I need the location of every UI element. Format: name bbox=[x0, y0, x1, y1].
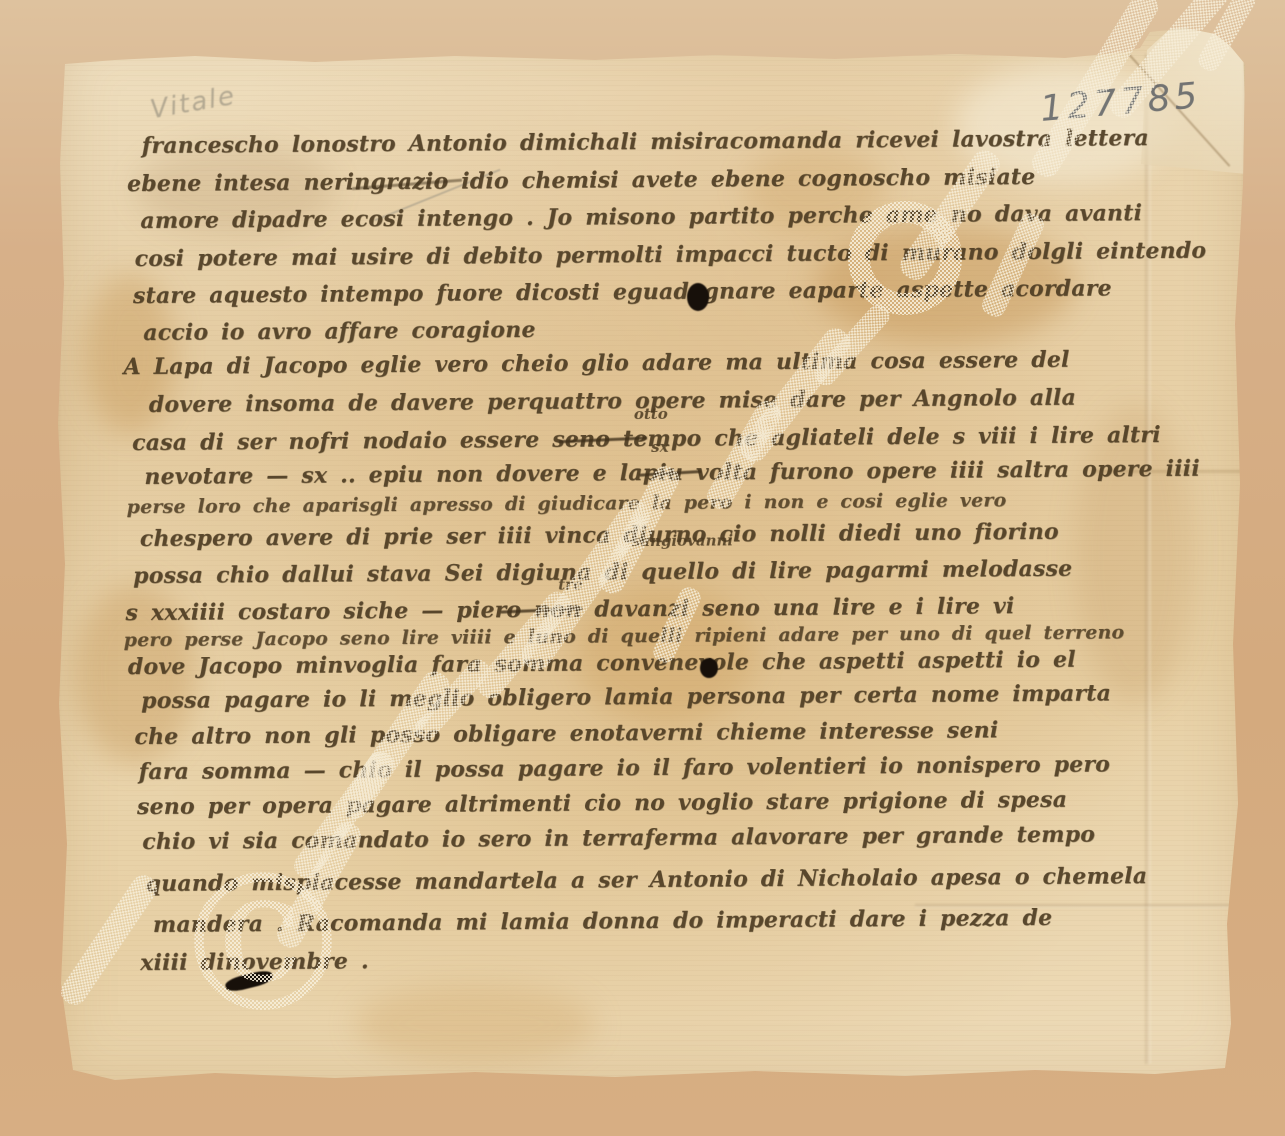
ink-blot bbox=[687, 283, 709, 311]
manuscript-line: quando mispiacesse mandartela a ser Anto… bbox=[145, 863, 1147, 897]
manuscript-line: che altro non gli posso obligare enotave… bbox=[134, 717, 998, 750]
interlinear-correction: sangiovanni bbox=[632, 531, 733, 550]
manuscript-line: possa pagare io li meglio obligero lamia… bbox=[141, 680, 1111, 714]
interlinear-correction: tre bbox=[558, 576, 583, 594]
photo-background: Vitale 127785 francescho lonostro Antoni… bbox=[0, 0, 1285, 1136]
manuscript-line: amore dipadre ecosi intengo . Jo misono … bbox=[140, 200, 1142, 234]
handwritten-text-block: francescho lonostro Antonio dimichali mi… bbox=[51, 19, 1251, 1090]
manuscript-line: mandera . Racomanda mi lamia donna do im… bbox=[153, 905, 1053, 938]
manuscript-line: chio vi sia comandato io sero in terrafe… bbox=[142, 822, 1095, 855]
manuscript-line: francescho lonostro Antonio dimichali mi… bbox=[142, 125, 1149, 159]
manuscript-line: possa chio dallui stava Sei digiuna di q… bbox=[133, 556, 1072, 589]
manuscript-line: stare aquesto intempo fuore dicosti egua… bbox=[133, 275, 1112, 309]
ink-blot bbox=[700, 658, 718, 678]
manuscript-line: cosi potere mai usire di debito permolti… bbox=[135, 238, 1207, 272]
manuscript-line: dove Jacopo minvoglia fara somma convene… bbox=[128, 647, 1076, 680]
manuscript-line: fara somma — chio il possa pagare io il … bbox=[139, 751, 1111, 785]
manuscript-line: perse loro che aparisgli apresso di giud… bbox=[127, 489, 1007, 518]
manuscript-line: seno per opera pagare altrimenti cio no … bbox=[137, 787, 1067, 820]
manuscript-line: chespero avere di prie ser iiii vinca di… bbox=[140, 519, 1059, 552]
manuscript-line: accio io avro affare coragione bbox=[143, 317, 536, 346]
manuscript-paper: Vitale 127785 francescho lonostro Antoni… bbox=[55, 24, 1247, 1086]
interlinear-correction: sx bbox=[651, 438, 669, 456]
manuscript-line: ebene intesa neringrazio idio chemisi av… bbox=[127, 164, 1036, 197]
interlinear-correction: otto bbox=[634, 405, 668, 423]
manuscript-line: A Lapa di Jacopo eglie vero cheio glio a… bbox=[123, 347, 1069, 380]
manuscript-line: dovere insoma de davere perquattro opere… bbox=[149, 385, 1076, 418]
